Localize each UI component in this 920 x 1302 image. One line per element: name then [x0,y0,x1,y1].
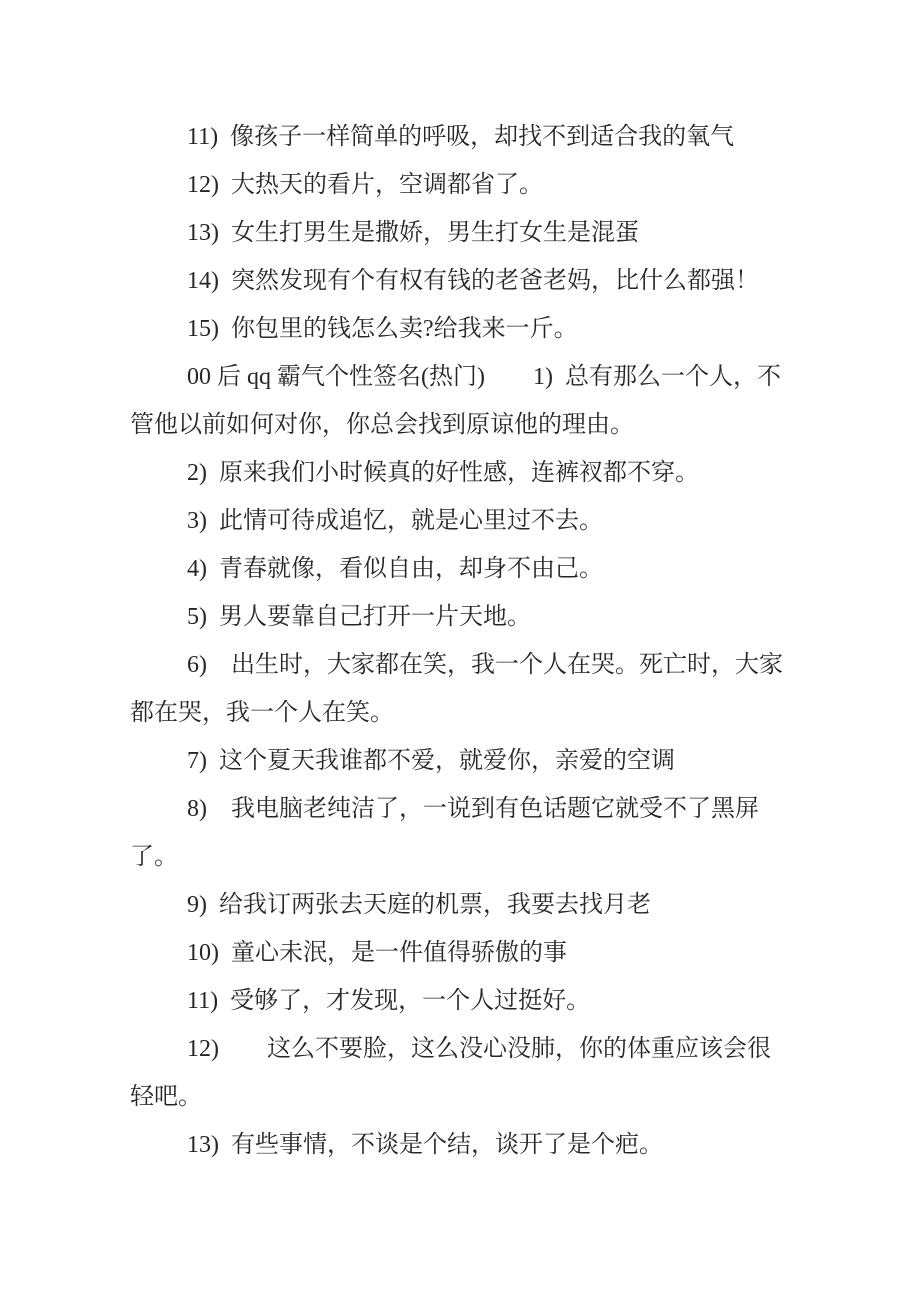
list-item: 11) 像孩子一样简单的呼吸，却找不到适合我的氧气 [130,113,790,161]
list-item: 7) 这个夏天我谁都不爱，就爱你，亲爱的空调 [130,737,790,785]
list-item: 12) 大热天的看片，空调都省了。 [130,161,790,209]
list-item: 10) 童心未泯，是一件值得骄傲的事 [130,929,790,977]
list-item: 14) 突然发现有个有权有钱的老爸老妈，比什么都强！ [130,257,790,305]
list-item: 13) 女生打男生是撒娇，男生打女生是混蛋 [130,209,790,257]
list-item: 6) 出生时，大家都在笑，我一个人在哭。死亡时，大家都在哭，我一个人在笑。 [130,641,790,737]
list-item: 15) 你包里的钱怎么卖?给我来一斤。 [130,305,790,353]
list-item: 13) 有些事情，不谈是个结，谈开了是个疤。 [130,1121,790,1169]
list-item: 4) 青春就像，看似自由，却身不由己。 [130,545,790,593]
list-item: 8) 我电脑老纯洁了，一说到有色话题它就受不了黑屏了。 [130,785,790,881]
document-page: 11) 像孩子一样简单的呼吸，却找不到适合我的氧气 12) 大热天的看片，空调都… [0,0,920,1302]
list-item: 2) 原来我们小时候真的好性感，连裤衩都不穿。 [130,449,790,497]
list-item: 12) 这么不要脸，这么没心没肺，你的体重应该会很轻吧。 [130,1025,790,1121]
list-item: 11) 受够了，才发现，一个人过挺好。 [130,977,790,1025]
list-item: 5) 男人要靠自己打开一片天地。 [130,593,790,641]
list-item: 3) 此情可待成追忆，就是心里过不去。 [130,497,790,545]
list-item: 9) 给我订两张去天庭的机票，我要去找月老 [130,881,790,929]
section-heading-line: 00 后 qq 霸气个性签名(热门) 1) 总有那么一个人，不管他以前如何对你，… [130,353,790,449]
